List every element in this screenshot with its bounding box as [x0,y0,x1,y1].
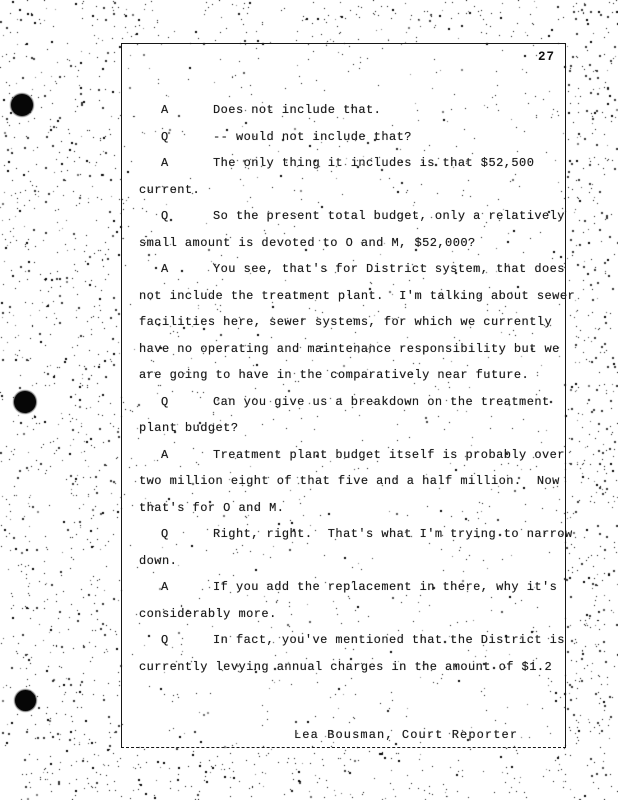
transcript-line: AThe only thing it includes is that $52,… [122,156,565,171]
speaker-label: Q [161,633,169,647]
transcript-line: QRight, right. That's what I'm trying to… [122,527,565,542]
transcript-line: currently levying annual charges in the … [122,660,565,675]
transcript-line: considerably more. [122,607,565,622]
scanned-transcript-page: 27 ADoes not include that.Q-- would not … [0,0,618,800]
line-text: Treatment plant budget itself is probabl… [213,448,565,462]
transcript-line: that's for O and M. [122,501,565,516]
hole-punch-top [11,94,33,116]
hole-punch-bottom [15,690,36,711]
transcript-line: Q-- would not include that? [122,130,565,145]
line-text: Right, right. That's what I'm trying to … [213,527,573,541]
transcript-line: AIf you add the replacement in there, wh… [122,580,565,595]
line-text: current. [139,183,200,197]
line-text: Does not include that. [213,103,381,117]
line-text: are going to have in the comparatively n… [139,368,529,382]
transcript-line: ATreatment plant budget itself is probab… [122,448,565,463]
line-text: If you add the replacement in there, why… [213,580,557,594]
speaker-label: Q [161,209,169,223]
transcript-line: have no operating and maintenance respon… [122,342,565,357]
line-text: The only thing it includes is that $52,5… [213,156,534,170]
speaker-label: A [161,262,169,276]
line-text: In fact, you've mentioned that the Distr… [213,633,565,647]
transcript-line: two million eight of that five and a hal… [122,474,565,489]
transcript-line: QCan you give us a breakdown on the trea… [122,395,565,410]
page-number: 27 [538,50,555,64]
speaker-label: A [161,448,169,462]
transcript-line: facilities here, sewer systems, for whic… [122,315,565,330]
line-text: that's for O and M. [139,501,284,515]
line-text: down. [139,554,177,568]
line-text: small amount is devoted to O and M, $52,… [139,236,476,250]
line-text: not include the treatment plant. I'm tal… [139,289,575,303]
transcript-line: QIn fact, you've mentioned that the Dist… [122,633,565,648]
transcript-line: plant budget? [122,421,565,436]
line-text: Can you give us a breakdown on the treat… [213,395,550,409]
transcript-line: down. [122,554,565,569]
speaker-label: A [161,580,169,594]
speaker-label: A [161,156,169,170]
speaker-label: Q [161,130,169,144]
transcript-line: ADoes not include that. [122,103,565,118]
transcript-line: not include the treatment plant. I'm tal… [122,289,565,304]
speaker-label: Q [161,395,169,409]
speaker-label: A [161,103,169,117]
line-text: currently levying annual charges in the … [139,660,552,674]
line-text: You see, that's for District system, tha… [213,262,565,276]
transcript-line: QSo the present total budget, only a rel… [122,209,565,224]
transcript-line: AYou see, that's for District system, th… [122,262,565,277]
line-text: So the present total budget, only a rela… [213,209,565,223]
hole-punch-middle [14,391,36,413]
transcript-line: small amount is devoted to O and M, $52,… [122,236,565,251]
speaker-label: Q [161,527,169,541]
typed-page-border: 27 ADoes not include that.Q-- would not … [121,43,566,748]
line-text: two million eight of that five and a hal… [139,474,560,488]
court-reporter-footer: Lea Bousman, Court Reporter [294,728,518,742]
line-text: -- would not include that? [213,130,412,144]
line-text: considerably more. [139,607,277,621]
transcript-line: current. [122,183,565,198]
transcript-line: are going to have in the comparatively n… [122,368,565,383]
line-text: have no operating and maintenance respon… [139,342,560,356]
line-text: facilities here, sewer systems, for whic… [139,315,552,329]
line-text: plant budget? [139,421,238,435]
